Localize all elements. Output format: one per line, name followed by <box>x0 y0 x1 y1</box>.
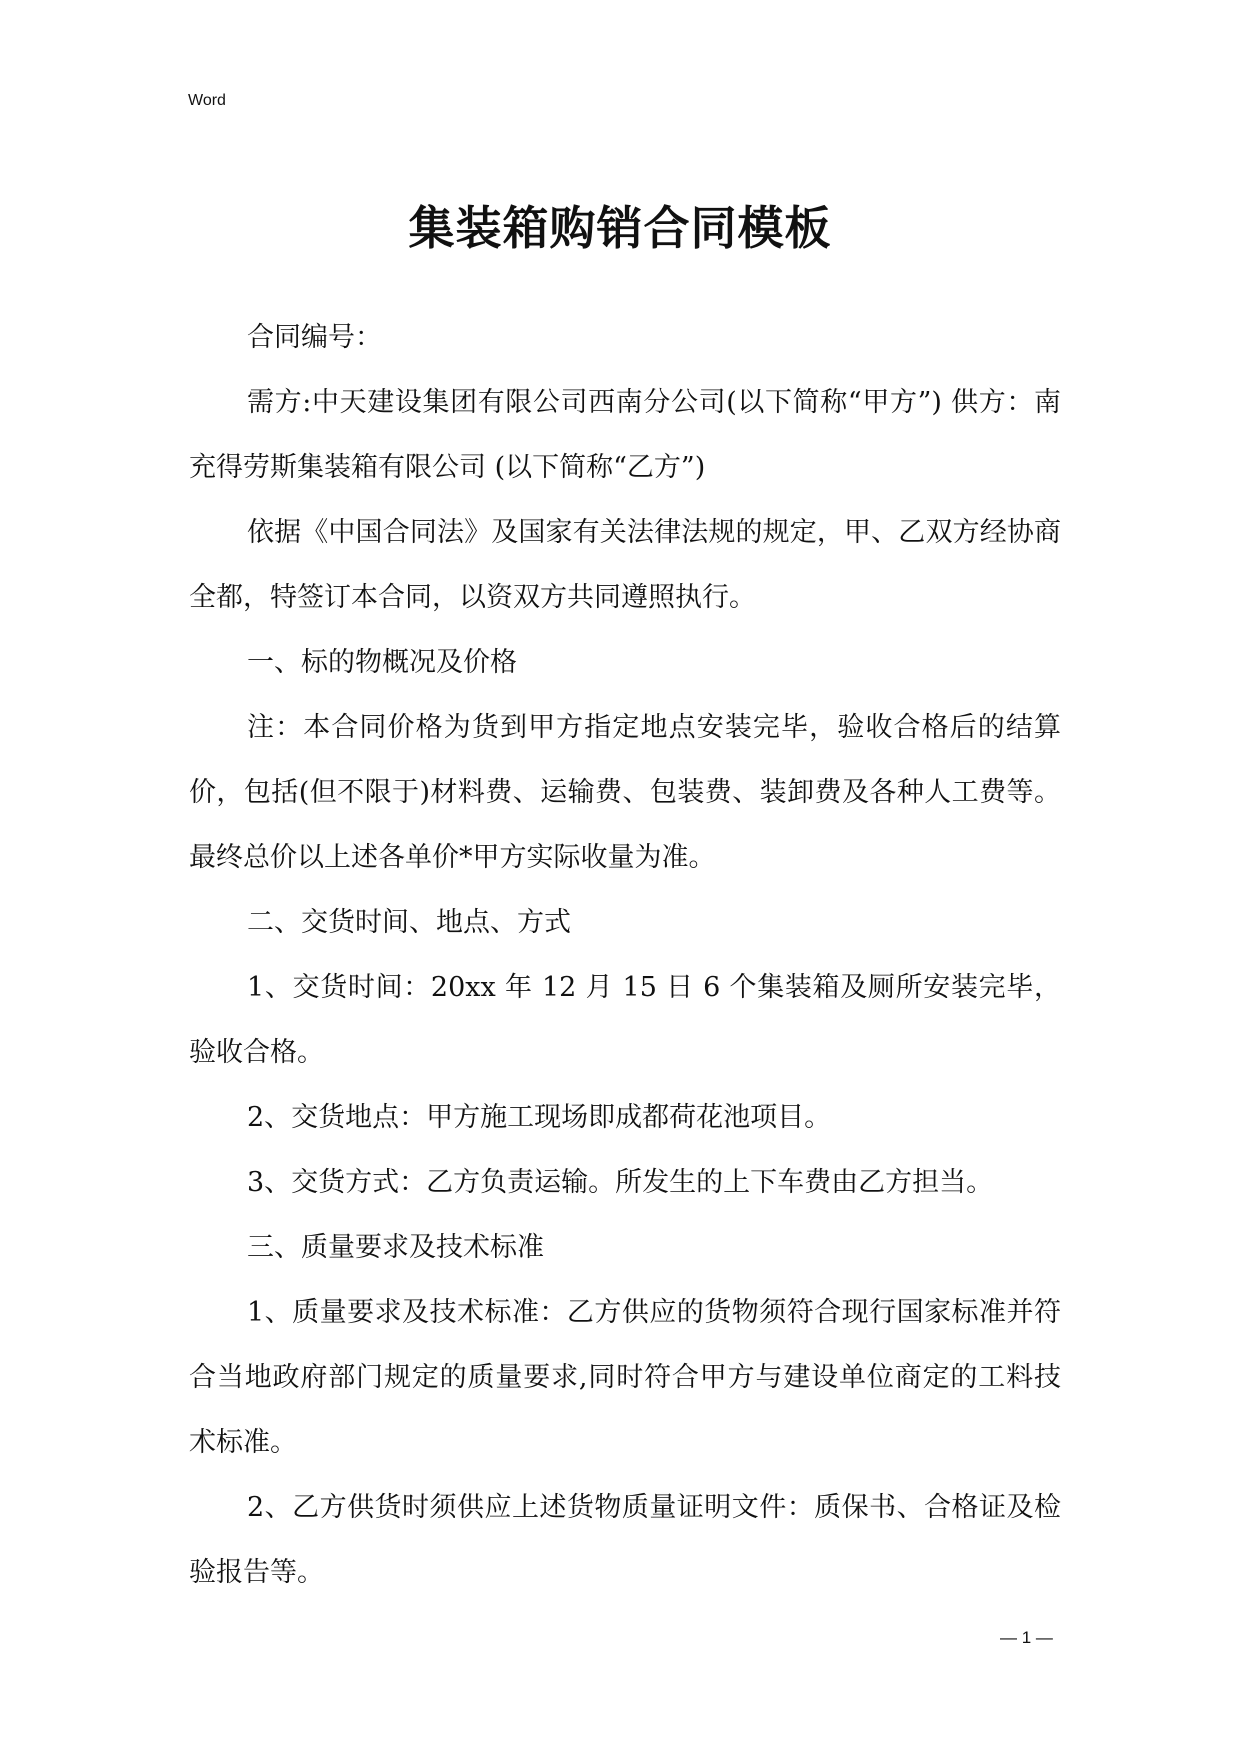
section-heading-3: 三、质量要求及技术标准 <box>189 1215 1061 1280</box>
section-heading-2: 二、交货时间、地点、方式 <box>189 890 1061 955</box>
quality-documents: 2、乙方供货时须供应上述货物质量证明文件：质保书、合格证及检验报告等。 <box>189 1475 1061 1605</box>
preamble: 依据《中国合同法》及国家有关法律法规的规定，甲、乙双方经协商全都，特签订本合同，… <box>189 500 1061 630</box>
parties: 需方:中天建设集团有限公司西南分公司(以下简称“甲方”) 供方：南充得劳斯集装箱… <box>189 370 1061 500</box>
document-title: 集装箱购销合同模板 <box>0 192 1240 258</box>
delivery-method: 3、交货方式：乙方负责运输。所发生的上下车费由乙方担当。 <box>189 1150 1061 1215</box>
document-body: 合同编号： 需方:中天建设集团有限公司西南分公司(以下简称“甲方”) 供方：南充… <box>189 305 1061 1605</box>
section-heading-1: 一、标的物概况及价格 <box>189 630 1061 695</box>
header-label: Word <box>188 92 226 110</box>
page-number: — 1 — <box>1000 1628 1053 1648</box>
contract-number: 合同编号： <box>189 305 1061 370</box>
delivery-place: 2、交货地点：甲方施工现场即成都荷花池项目。 <box>189 1085 1061 1150</box>
quality-standard: 1、质量要求及技术标准：乙方供应的货物须符合现行国家标准并符合当地政府部门规定的… <box>189 1280 1061 1475</box>
delivery-time: 1、交货时间：20xx 年 12 月 15 日 6 个集装箱及厕所安装完毕，验收… <box>189 955 1061 1085</box>
price-note: 注：本合同价格为货到甲方指定地点安装完毕，验收合格后的结算价，包括(但不限于)材… <box>189 695 1061 890</box>
